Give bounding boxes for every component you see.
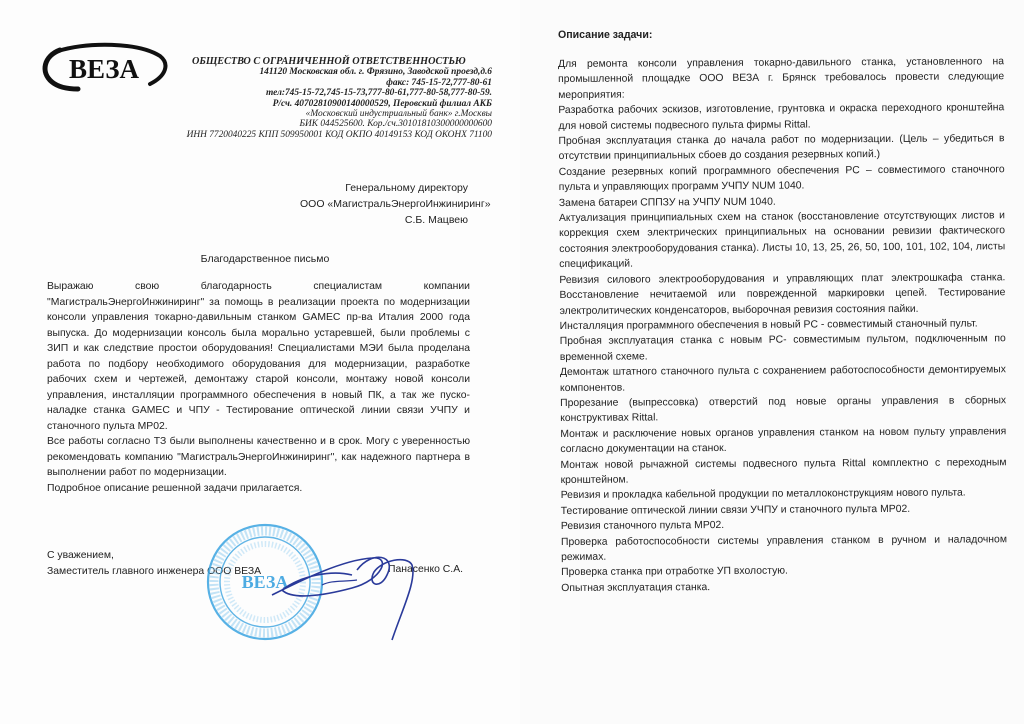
addressee-company: ООО «МагистральЭнергоИнжиниринг» bbox=[300, 196, 468, 212]
task-item: Монтаж новой рычажной системы подвесного… bbox=[560, 455, 1006, 489]
company-fax: факс: 745-15-72,777-80-61 bbox=[160, 78, 492, 88]
company-account: Р/сч. 40702810900140000529, Перовский фи… bbox=[160, 99, 492, 109]
company-bank: «Московский индустриальный банк» г.Москв… bbox=[160, 109, 492, 119]
addressee-position: Генеральному директору bbox=[300, 180, 468, 196]
task-item: Прорезание (выпрессовка) отверстий под н… bbox=[560, 393, 1006, 427]
letter-title: Благодарственное письмо bbox=[20, 253, 510, 265]
company-logo: ВЕЗА bbox=[38, 42, 170, 92]
addressee: Генеральному директору ООО «МагистральЭн… bbox=[300, 180, 468, 228]
company-legal-form: ОБЩЕСТВО С ОГРАНИЧЕННОЙ ОТВЕТСТВЕННОСТЬЮ bbox=[160, 57, 492, 67]
task-item: Ревизия силового электрооборудования и у… bbox=[559, 270, 1005, 319]
letter-paragraph: Подробное описание решенной задачи прила… bbox=[47, 481, 470, 497]
task-item: Опытная эксплуатация станка. bbox=[561, 578, 1007, 596]
letter-body: Выражаю свою благодарность специалистам … bbox=[47, 279, 470, 496]
company-phone: тел:745-15-72,745-15-73,777-80-61,777-80… bbox=[160, 88, 492, 98]
task-item: Ревизия и прокладка кабельной продукции … bbox=[561, 486, 1007, 504]
task-intro: Для ремонта консоли управления токарно-д… bbox=[558, 54, 1004, 103]
company-address: 141120 Московская обл. г. Фрязино, Завод… bbox=[160, 67, 492, 77]
task-item: Актуализация принципиальных схем на стан… bbox=[559, 208, 1005, 272]
task-item: Создание резервных копий программного об… bbox=[559, 162, 1005, 196]
task-item: Демонтаж штатного станочного пульта с со… bbox=[560, 362, 1006, 396]
task-title: Описание задачи: bbox=[558, 29, 652, 41]
task-item: Пробная эксплуатация станка с новым PC- … bbox=[560, 332, 1006, 366]
svg-text:ВЕЗА: ВЕЗА bbox=[69, 54, 140, 84]
handwritten-signature bbox=[262, 540, 422, 650]
task-body: Для ремонта консоли управления токарно-д… bbox=[558, 54, 1007, 596]
task-item: Пробная эксплуатация станка до начала ра… bbox=[558, 131, 1004, 165]
company-bik: БИК 044525600. Кор./сч.30101810300000000… bbox=[160, 119, 492, 129]
addressee-name: С.Б. Мацвею bbox=[300, 212, 468, 228]
letterhead: ОБЩЕСТВО С ОГРАНИЧЕННОЙ ОТВЕТСТВЕННОСТЬЮ… bbox=[160, 57, 492, 140]
signature-icon bbox=[262, 540, 422, 650]
letter-paragraph: Все работы согласно ТЗ были выполнены ка… bbox=[47, 434, 470, 481]
letter-paragraph: "МагистральЭнергоИнжиниринг" за помощь в… bbox=[47, 295, 470, 435]
task-item: Разработка рабочих эскизов, изготовление… bbox=[558, 100, 1004, 134]
task-item: Монтаж и расключение новых органов управ… bbox=[560, 424, 1006, 458]
company-codes: ИНН 7720040225 КПП 509950001 КОД ОКПО 40… bbox=[160, 130, 492, 140]
task-item: Проверка работоспособности системы управ… bbox=[561, 532, 1007, 566]
veza-logo-icon: ВЕЗА bbox=[38, 42, 170, 92]
letter-paragraph: Выражаю свою благодарность специалистам … bbox=[47, 279, 470, 295]
